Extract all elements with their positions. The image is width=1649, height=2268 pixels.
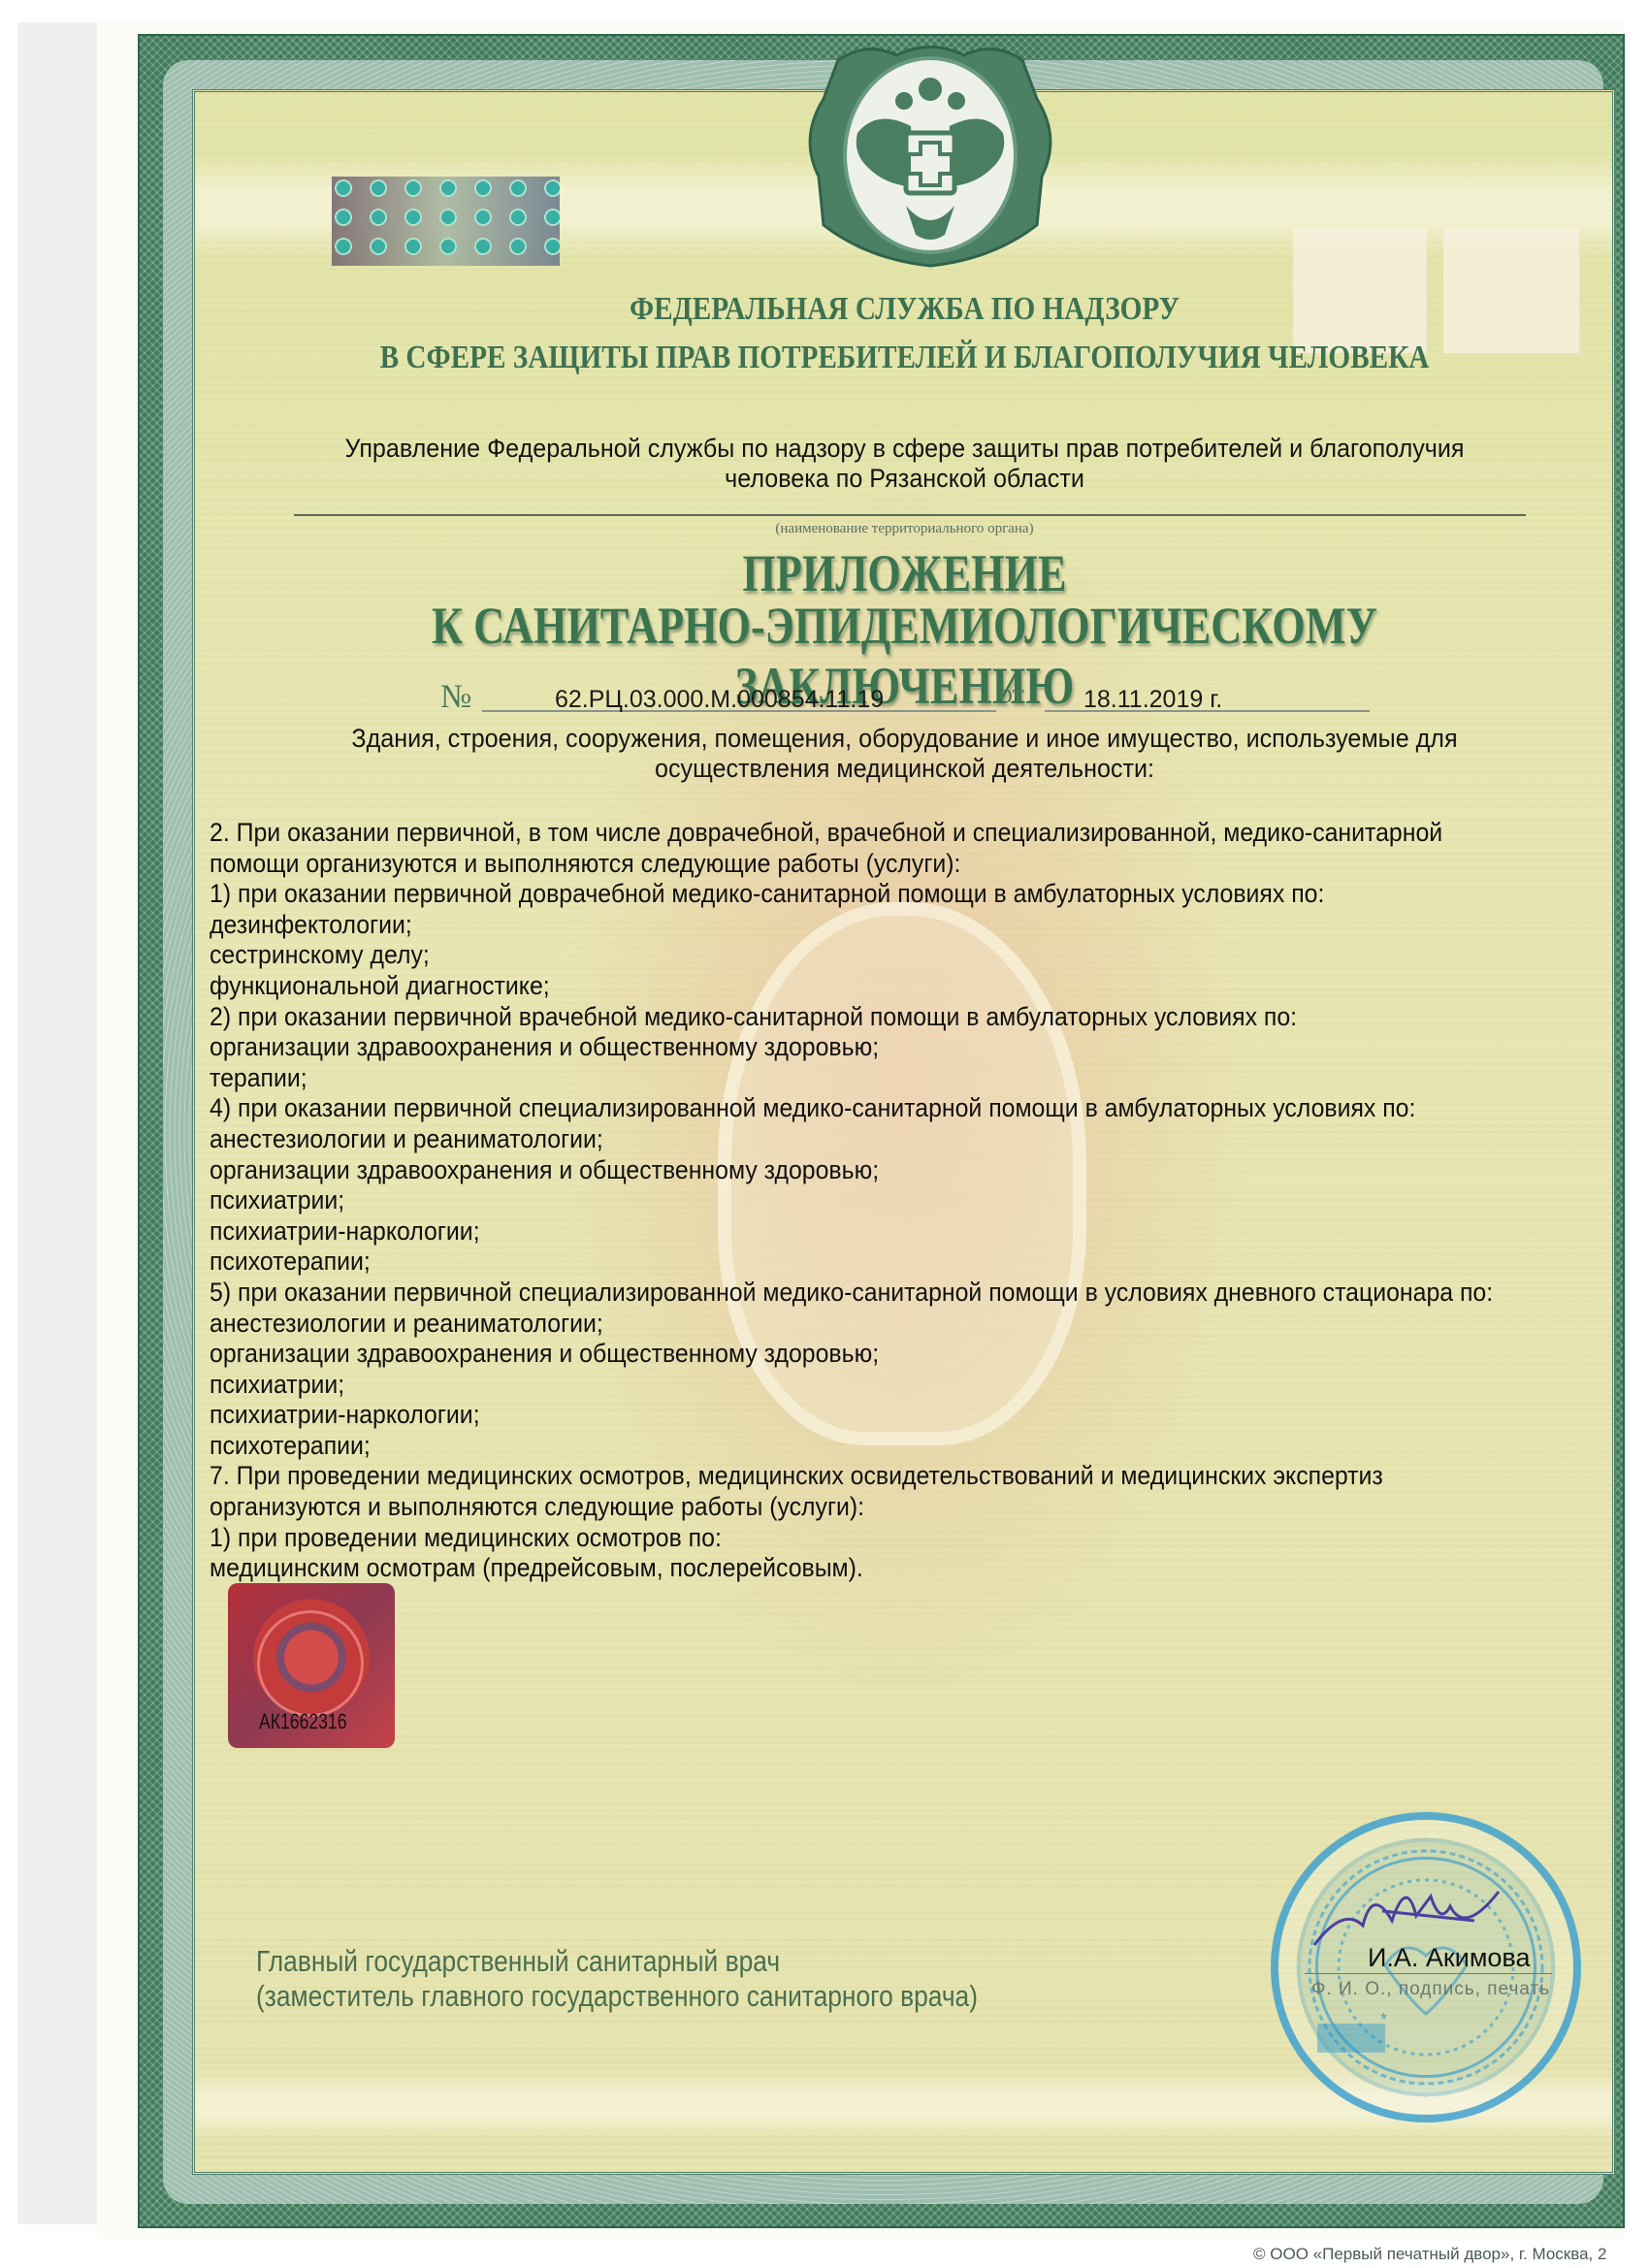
signature-underline: [1305, 1973, 1552, 1974]
service-line: медицинским осмотрам (предрейсовым, посл…: [210, 1553, 1512, 1584]
service-line: 1) при проведении медицинских осмотров п…: [210, 1523, 1512, 1554]
document-number: 62.РЦ.03.000.М.000854.11.19: [555, 686, 884, 714]
service-line: функциональной диагностике;: [210, 971, 1512, 1002]
sticker-serial: АК1662316: [259, 1709, 347, 1734]
blank-security-field: [1443, 227, 1579, 353]
document-date: 18.11.2019 г.: [1083, 686, 1222, 714]
scan-edge: [17, 22, 97, 2224]
sticker-ring: [257, 1610, 364, 1717]
service-line: психиатрии;: [210, 1370, 1512, 1401]
service-line: сестринскому делу;: [210, 940, 1512, 971]
number-label: №: [440, 679, 471, 716]
double-headed-eagle-emblem-icon: [799, 41, 1061, 269]
service-line: психиатрии-наркологии;: [210, 1400, 1512, 1431]
territorial-body-caption: (наименование территориального органа): [194, 521, 1615, 537]
subject-line2: осуществления медицинской деятельности:: [243, 754, 1565, 784]
security-hologram-strip: [332, 177, 560, 266]
signer-name: И.А. Акимова: [1368, 1943, 1530, 1973]
service-line: 2. При оказании первичной, в том числе д…: [210, 818, 1512, 849]
service-line: психотерапии;: [210, 1247, 1512, 1278]
service-line: психиатрии-наркологии;: [210, 1216, 1512, 1247]
agency-title-line2: В СФЕРЕ ЗАЩИТЫ ПРАВ ПОТРЕБИТЕЛЕЙ И БЛАГО…: [294, 340, 1516, 376]
service-line: организации здравоохранения и общественн…: [210, 1032, 1512, 1063]
document-title-line1: ПРИЛОЖЕНИЕ: [322, 543, 1487, 603]
blank-security-field: [1293, 227, 1427, 353]
signatory-position-line1: Главный государственный санитарный врач: [256, 1944, 780, 1979]
signature-caption: Ф. И. О., подпись, печать: [1311, 1979, 1550, 2000]
service-line: психотерапии;: [210, 1431, 1512, 1462]
svg-text:*: *: [1380, 2010, 1387, 2029]
territorial-body-underline: [294, 514, 1526, 516]
document-number-line: № 62.РЦ.03.000.М.000854.11.19 от 18.11.2…: [0, 679, 1649, 718]
service-line: организации здравоохранения и общественн…: [210, 1339, 1512, 1370]
service-line: 2) при оказании первичной врачебной меди…: [210, 1002, 1512, 1033]
service-line: терапии;: [210, 1063, 1512, 1094]
agency-title-line1: ФЕДЕРАЛЬНАЯ СЛУЖБА ПО НАДЗОРУ: [294, 291, 1516, 328]
subject-line1: Здания, строения, сооружения, помещения,…: [243, 724, 1565, 754]
service-line: психиатрии;: [210, 1185, 1512, 1216]
printer-imprint: © ООО «Первый печатный двор», г. Москва,…: [1253, 2245, 1606, 2264]
rospotrebnadzor-hologram-sticker-icon: АК1662316: [228, 1583, 395, 1748]
territorial-body-line2: человека по Рязанской области: [243, 464, 1565, 494]
service-line: 4) при оказании первичной специализирова…: [210, 1093, 1512, 1124]
service-line: дезинфектологии;: [210, 910, 1512, 941]
service-line: 7. При проведении медицинских осмотров, …: [210, 1461, 1512, 1492]
territorial-body-line1: Управление Федеральной службы по надзору…: [243, 434, 1565, 464]
service-line: организуются и выполняются следующие раб…: [210, 1492, 1512, 1523]
services-list: 2. При оказании первичной, в том числе д…: [210, 818, 1512, 1584]
service-line: 5) при оказании первичной специализирова…: [210, 1278, 1512, 1309]
signatory-position-line2: (заместитель главного государственного с…: [256, 1979, 978, 2014]
service-line: помощи организуются и выполняются следую…: [210, 849, 1512, 880]
service-line: анестезиологии и реаниматологии;: [210, 1124, 1512, 1155]
date-label: от: [999, 679, 1024, 710]
service-line: анестезиологии и реаниматологии;: [210, 1309, 1512, 1340]
service-line: организации здравоохранения и общественн…: [210, 1155, 1512, 1186]
service-line: 1) при оказании первичной доврачебной ме…: [210, 879, 1512, 910]
